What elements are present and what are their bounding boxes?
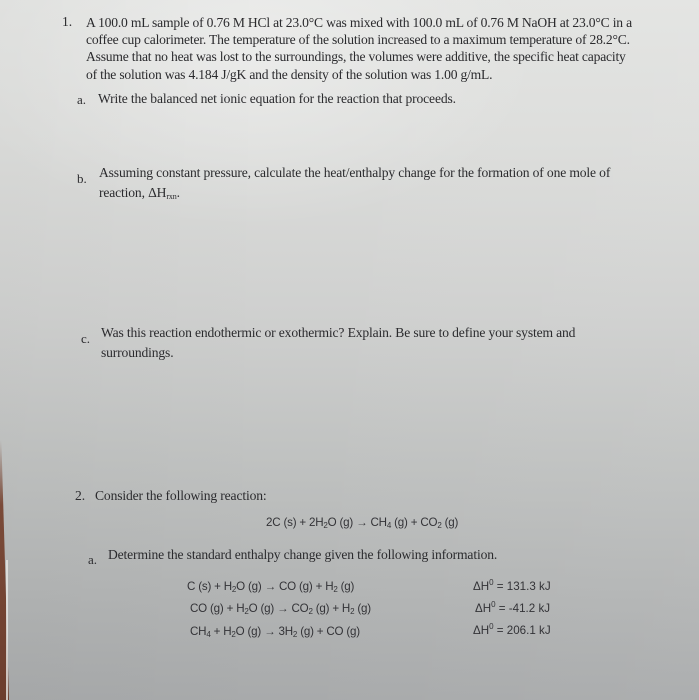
subscript: 2 [231,630,235,639]
standard-state-superscript: 0 [491,600,495,609]
paper-edge-highlight [6,560,8,700]
question-1-text: A 100.0 mL sample of 0.76 M HCl at 23.0°… [86,14,632,83]
given-reaction-1: C (s) + H2O (g) → CO (g) + H2 (g) [187,580,354,593]
rxn-subscript: rxn [166,192,176,201]
part-1b-label: b. [77,171,87,187]
given-2-enthalpy: ΔH0 = -41.2 kJ [475,602,550,615]
question-2-number: 2. [75,488,85,504]
standard-state-superscript: 0 [489,622,493,631]
part-2a-label: a. [88,552,97,568]
question-1-line-3: Assume that no heat was lost to the surr… [86,48,632,65]
subscript: 2 [333,585,337,594]
subscript: 2 [437,521,441,530]
delta-h-symbol: reaction, ΔH [99,185,166,200]
subscript: 2 [232,585,236,594]
question-1-number: 1. [62,14,72,30]
part-2a-text: Determine the standard enthalpy change g… [108,546,497,564]
part-1a-text: Write the balanced net ionic equation fo… [98,90,456,108]
given-reaction-2: CO (g) + H2O (g) → CO2 (g) + H2 (g) [190,602,371,615]
given-reaction-3: CH4 + H2O (g) → 3H2 (g) + CO (g) [190,625,360,638]
main-reaction-equation: 2C (s) + 2H2O (g) → CH4 (g) + CO2 (g) [266,516,458,529]
part-1b-line-2: reaction, ΔHrxn. [99,184,180,202]
part-1b-line-1: Assuming constant pressure, calculate th… [99,164,610,182]
period: . [177,185,180,200]
subscript: 2 [244,607,248,616]
part-1c-label: c. [81,331,90,347]
question-1-line-4: of the solution was 4.184 J/gK and the d… [86,66,632,83]
part-1a-label: a. [77,92,86,108]
part-1c-line-2: surroundings. [101,344,173,362]
part-1c-line-1: Was this reaction endothermic or exother… [101,324,575,342]
question-2-intro: Consider the following reaction: [95,487,267,505]
question-1-line-1: A 100.0 mL sample of 0.76 M HCl at 23.0°… [86,14,632,31]
subscript: 2 [293,630,297,639]
subscript: 2 [350,607,354,616]
standard-state-superscript: 0 [489,578,493,587]
given-3-enthalpy: ΔH0 = 206.1 kJ [473,624,551,637]
subscript: 2 [308,607,312,616]
question-1-line-2: coffee cup calorimeter. The temperature … [86,31,632,48]
subscript: 4 [206,630,210,639]
subscript: 2 [323,521,327,530]
subscript: 4 [387,521,391,530]
given-1-enthalpy: ΔH0 = 131.3 kJ [473,580,551,593]
